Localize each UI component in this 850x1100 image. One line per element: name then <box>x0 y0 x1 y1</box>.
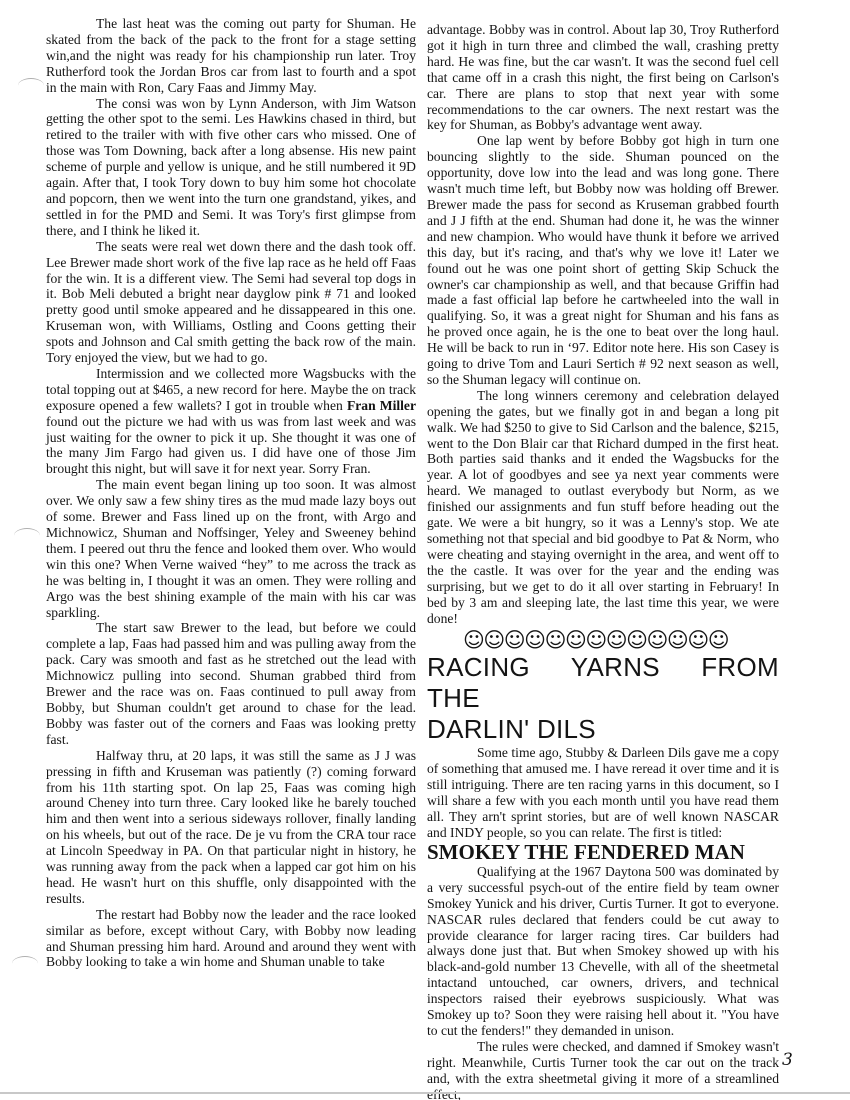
section-title-line2: DARLIN' DILS <box>427 714 779 745</box>
paragraph-one-lap: One lap went by before Bobby got high in… <box>427 133 779 388</box>
paragraph-halfway: Halfway thru, at 20 laps, it was still t… <box>46 748 416 907</box>
paragraph-story-2: The rules were checked, and damned if Sm… <box>427 1039 779 1100</box>
paragraph-intermission: Intermission and we collected more Wagsb… <box>46 366 416 477</box>
bold-name-fran-miller: Fran Miller <box>347 398 416 413</box>
paragraph-ceremony: The long winners ceremony and celebratio… <box>427 388 779 627</box>
scan-mark <box>14 528 40 543</box>
section-title-line1: RACING YARNS FROM THE <box>427 652 779 714</box>
scan-mark <box>18 78 44 93</box>
right-column: advantage. Bobby was in control. About l… <box>427 22 779 1100</box>
paragraph-start: The start saw Brewer to the lead, but be… <box>46 620 416 747</box>
paragraph-restart: The restart had Bobby now the leader and… <box>46 907 416 971</box>
story-title: SMOKEY THE FENDERED MAN <box>427 841 779 863</box>
paragraph-dash-semi: The seats were real wet down there and t… <box>46 239 416 366</box>
left-column: The last heat was the coming out party f… <box>46 16 416 970</box>
scan-edge <box>0 1092 850 1094</box>
paragraph-yarns-intro: Some time ago, Stubby & Darleen Dils gav… <box>427 745 779 840</box>
smiley-face-icon-divider: ☺☺☺☺☺☺☺☺☺☺☺☺☺ <box>427 628 779 652</box>
page-number: 3 <box>782 1050 793 1070</box>
paragraph-continued: advantage. Bobby was in control. About l… <box>427 22 779 133</box>
paragraph-main-event: The main event began lining up too soon.… <box>46 477 416 620</box>
scan-mark <box>12 956 38 971</box>
paragraph-consi: The consi was won by Lynn Anderson, with… <box>46 96 416 239</box>
paragraph-story-1: Qualifying at the 1967 Daytona 500 was d… <box>427 864 779 1039</box>
intermission-text-b: found out the picture we had with us was… <box>46 414 416 477</box>
paragraph-last-heat: The last heat was the coming out party f… <box>46 16 416 96</box>
